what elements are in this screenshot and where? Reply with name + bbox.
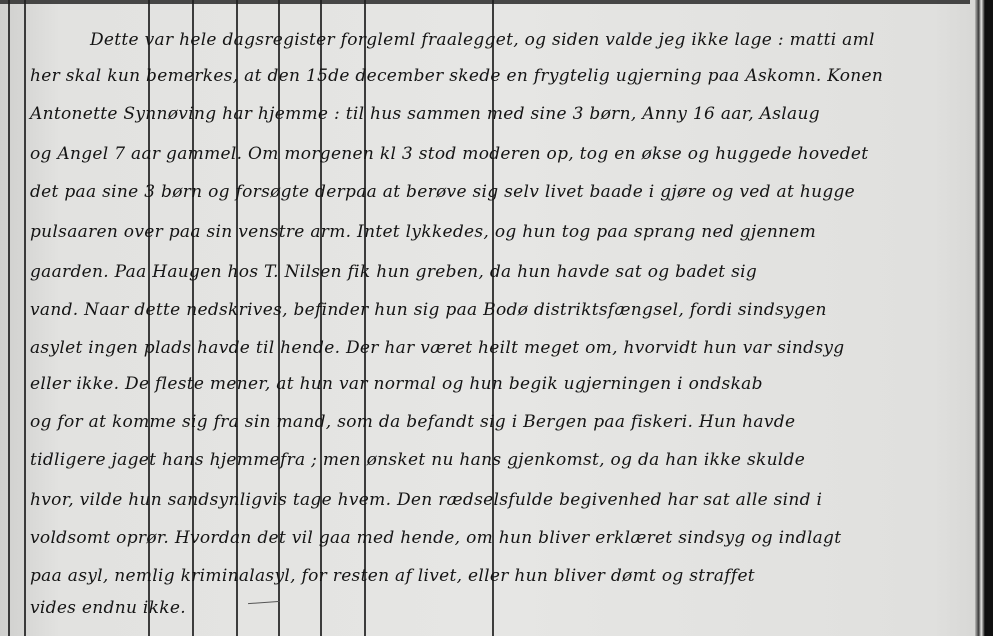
ledger-page: Dette var hele dagsregister forgleml fra… — [0, 0, 993, 636]
text-line: og Angel 7 aar gammel. Om morgenen kl 3 … — [30, 144, 868, 164]
column-rule — [8, 0, 10, 636]
text-line: voldsomt oprør. Hvordan det vil gaa med … — [30, 528, 841, 548]
text-line: tidligere jaget hans hjemmefra ; men øns… — [30, 450, 805, 470]
text-line: Antonette Synnøving har hjemme : til hus… — [30, 104, 820, 124]
text-line: her skal kun bemerkes, at den 15de decem… — [30, 66, 883, 86]
text-line: gaarden. Paa Haugen hos T. Nilsen fik hu… — [30, 262, 757, 282]
text-line: det paa sine 3 børn og forsøgte derpaa a… — [30, 182, 855, 202]
text-line: vides endnu ikke. — [30, 598, 186, 618]
text-line: hvor, vilde hun sandsynligvis tage hvem.… — [30, 490, 822, 510]
text-line: pulsaaren over paa sin venstre arm. Inte… — [30, 222, 816, 242]
text-line: asylet ingen plads havde til hende. Der … — [30, 338, 844, 358]
top-ruled-line — [0, 0, 970, 4]
text-line: eller ikke. De fleste mener, at hun var … — [30, 374, 763, 394]
text-line: paa asyl, nemlig kriminalasyl, for reste… — [30, 566, 755, 586]
text-line: og for at komme sig fra sin mand, som da… — [30, 412, 795, 432]
column-rule — [24, 0, 26, 636]
page-binding-edge — [975, 0, 993, 636]
end-stroke — [248, 601, 280, 604]
text-line: vand. Naar dette nedskrives, befinder hu… — [30, 300, 827, 320]
text-line: Dette var hele dagsregister forgleml fra… — [90, 30, 875, 50]
